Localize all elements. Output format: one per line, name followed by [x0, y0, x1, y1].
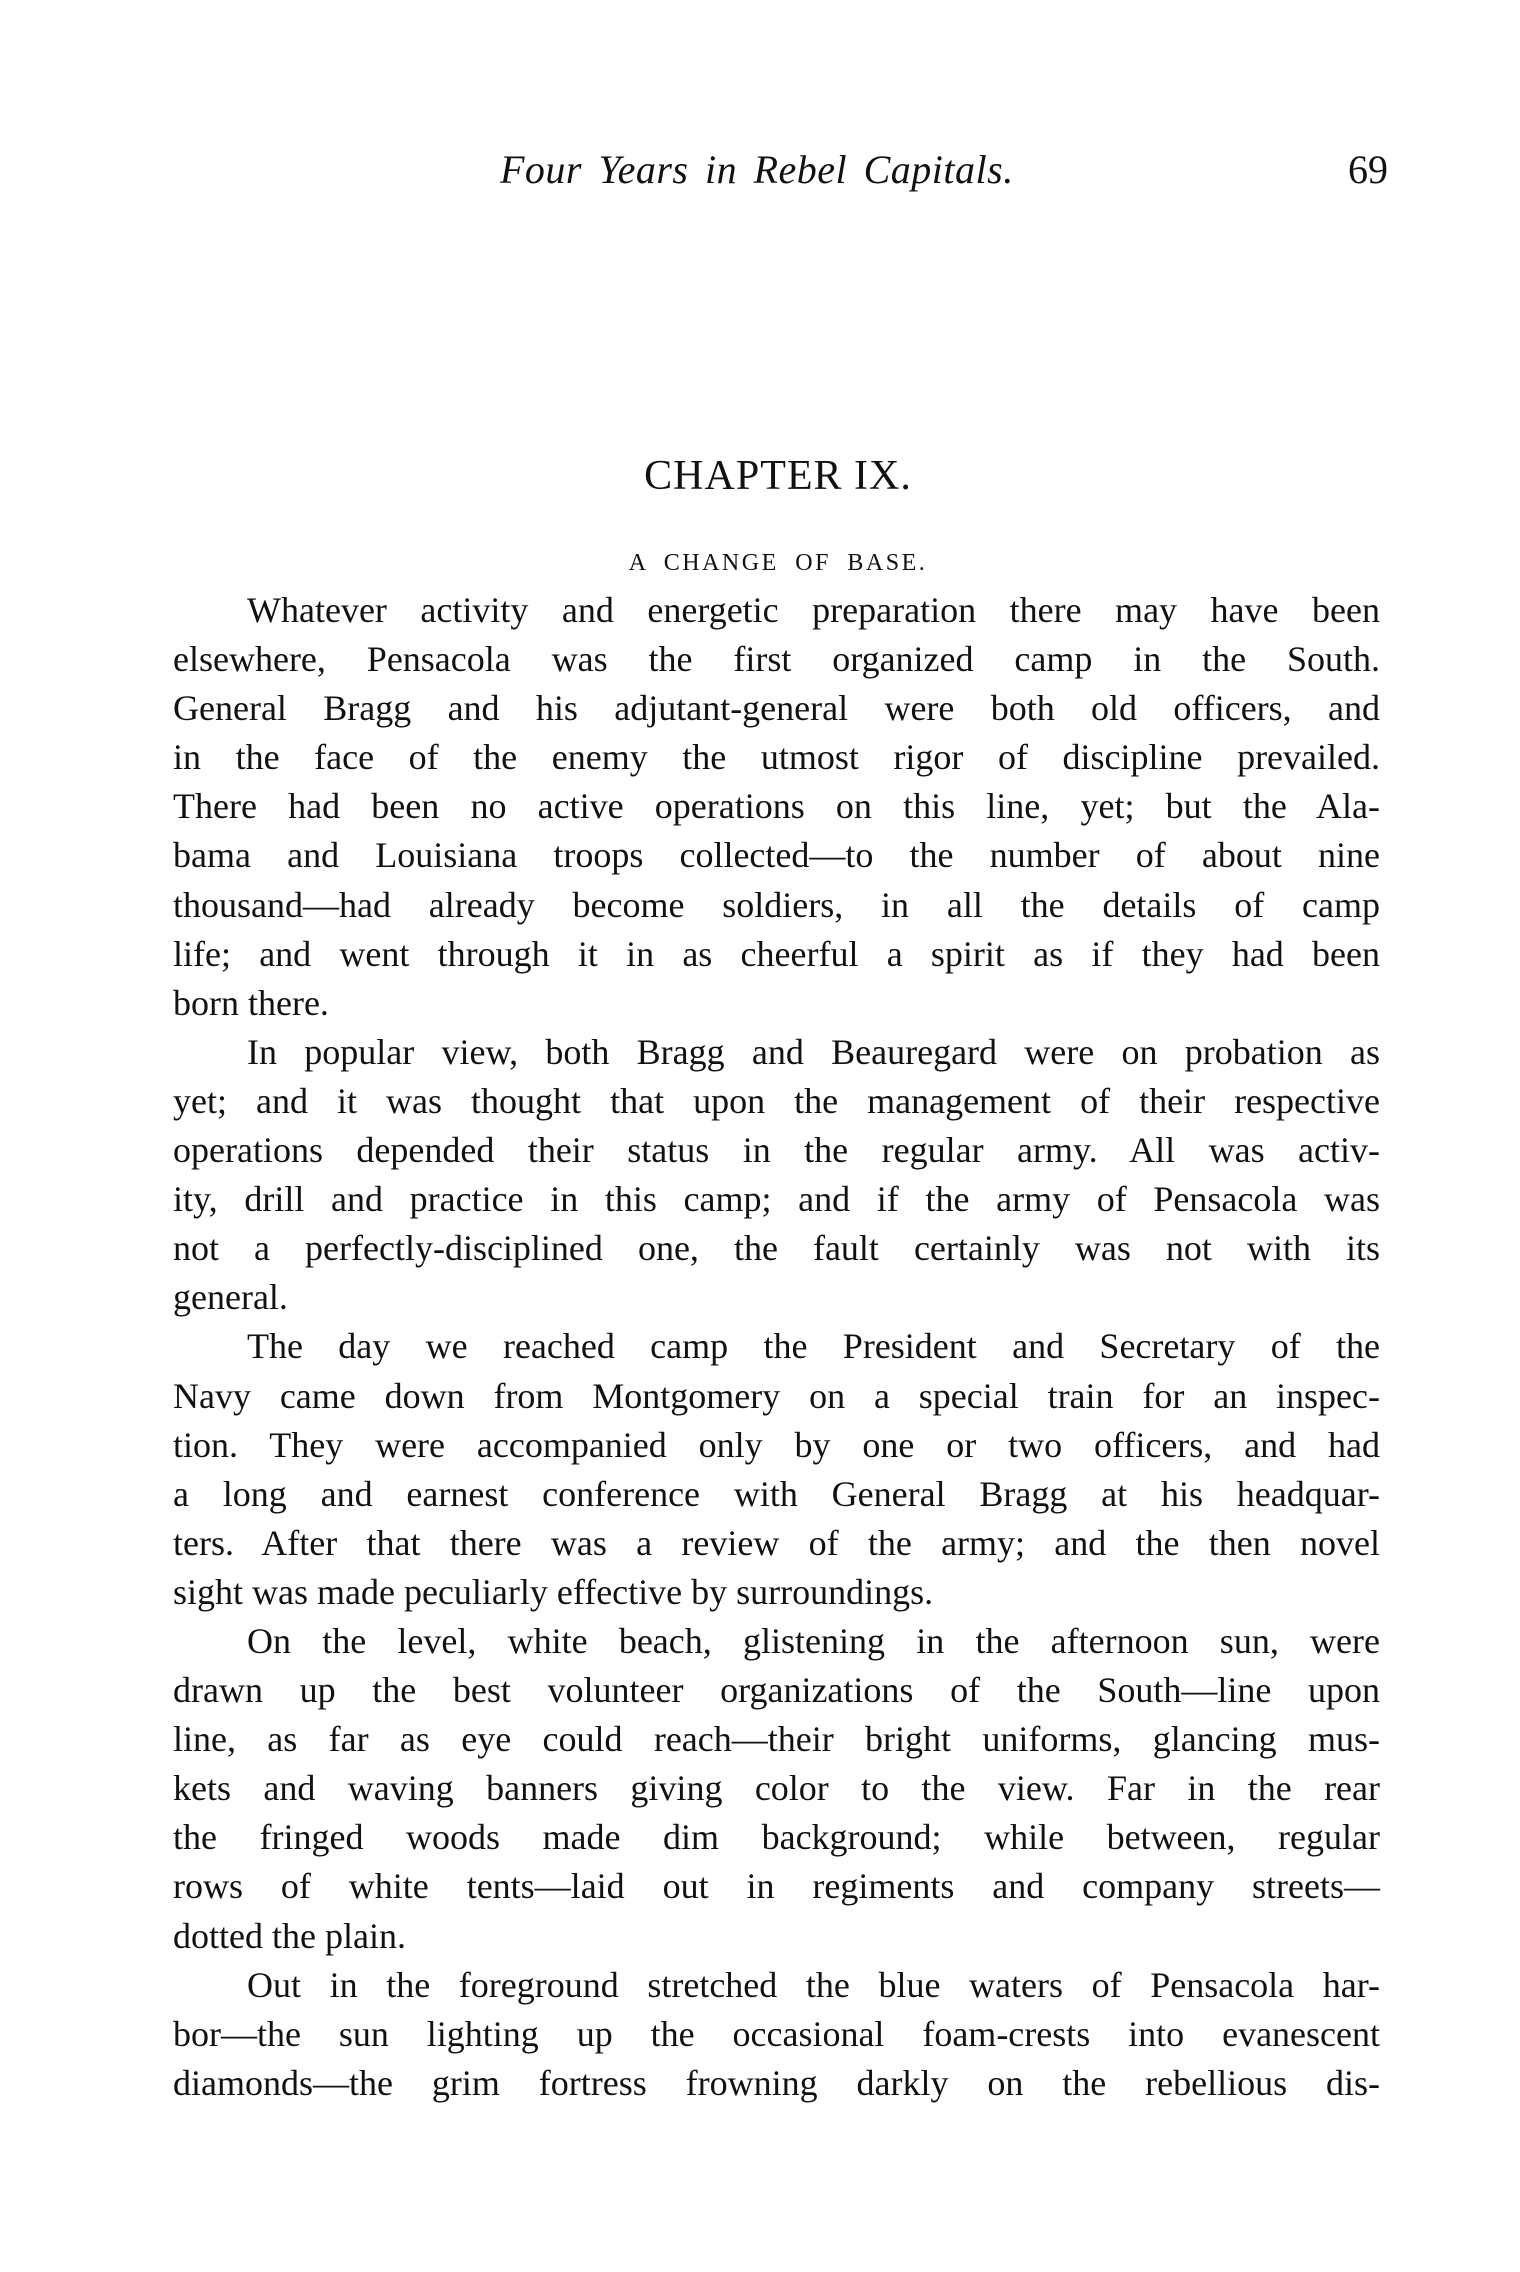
text-line: life; and went through it in as cheerful… [173, 930, 1380, 979]
text-line: thousand—had already become soldiers, in… [173, 881, 1380, 930]
text-line: operations depended their status in the … [173, 1126, 1380, 1175]
text-line: Out in the foreground stretched the blue… [173, 1961, 1380, 2010]
paragraph-4: On the level, white beach, glistening in… [173, 1617, 1380, 1961]
text-line: dotted the plain. [173, 1912, 1380, 1961]
text-line: ters. After that there was a review of t… [173, 1519, 1380, 1568]
text-line: born there. [173, 979, 1380, 1028]
text-line: a long and earnest conference with Gener… [173, 1470, 1380, 1519]
text-line: In popular view, both Bragg and Beaurega… [173, 1028, 1380, 1077]
book-page: Four Years in Rebel Capitals. 69 CHAPTER… [0, 0, 1520, 2272]
text-line: not a perfectly-disciplined one, the fau… [173, 1224, 1380, 1273]
text-line: Whatever activity and energetic preparat… [173, 586, 1380, 635]
running-header: Four Years in Rebel Capitals. 69 [0, 146, 1520, 206]
paragraph-5: Out in the foreground stretched the blue… [173, 1961, 1380, 2108]
text-line: kets and waving banners giving color to … [173, 1764, 1380, 1813]
text-line: There had been no active operations on t… [173, 782, 1380, 831]
paragraph-2: In popular view, both Bragg and Beaurega… [173, 1028, 1380, 1323]
text-line: drawn up the best volunteer organization… [173, 1666, 1380, 1715]
text-line: in the face of the enemy the utmost rigo… [173, 733, 1380, 782]
chapter-title: CHAPTER IX. [0, 452, 1520, 500]
text-line: Navy came down from Montgomery on a spec… [173, 1372, 1380, 1421]
text-line: rows of white tents—laid out in regiment… [173, 1862, 1380, 1911]
text-line: On the level, white beach, glistening in… [173, 1617, 1380, 1666]
text-line: the fringed woods made dim background; w… [173, 1813, 1380, 1862]
text-line: yet; and it was thought that upon the ma… [173, 1077, 1380, 1126]
page-number: 69 [1348, 146, 1388, 193]
text-line: sight was made peculiarly effective by s… [173, 1568, 1380, 1617]
running-title: Four Years in Rebel Capitals. [500, 146, 1014, 193]
text-line: General Bragg and his adjutant-general w… [173, 684, 1380, 733]
text-line: line, as far as eye could reach—their br… [173, 1715, 1380, 1764]
text-line: tion. They were accompanied only by one … [173, 1421, 1380, 1470]
text-line: diamonds—the grim fortress frowning dark… [173, 2059, 1380, 2108]
text-line: bor—the sun lighting up the occasional f… [173, 2010, 1380, 2059]
text-line: elsewhere, Pensacola was the first organ… [173, 635, 1380, 684]
text-line: ity, drill and practice in this camp; an… [173, 1175, 1380, 1224]
text-line: general. [173, 1273, 1380, 1322]
paragraph-1: Whatever activity and energetic preparat… [173, 586, 1380, 1028]
chapter-subtitle: A CHANGE OF BASE. [0, 550, 1520, 577]
text-line: The day we reached camp the President an… [173, 1322, 1380, 1371]
body-text: Whatever activity and energetic preparat… [173, 586, 1380, 2108]
text-line: bama and Louisiana troops collected—to t… [173, 831, 1380, 880]
paragraph-3: The day we reached camp the President an… [173, 1322, 1380, 1617]
